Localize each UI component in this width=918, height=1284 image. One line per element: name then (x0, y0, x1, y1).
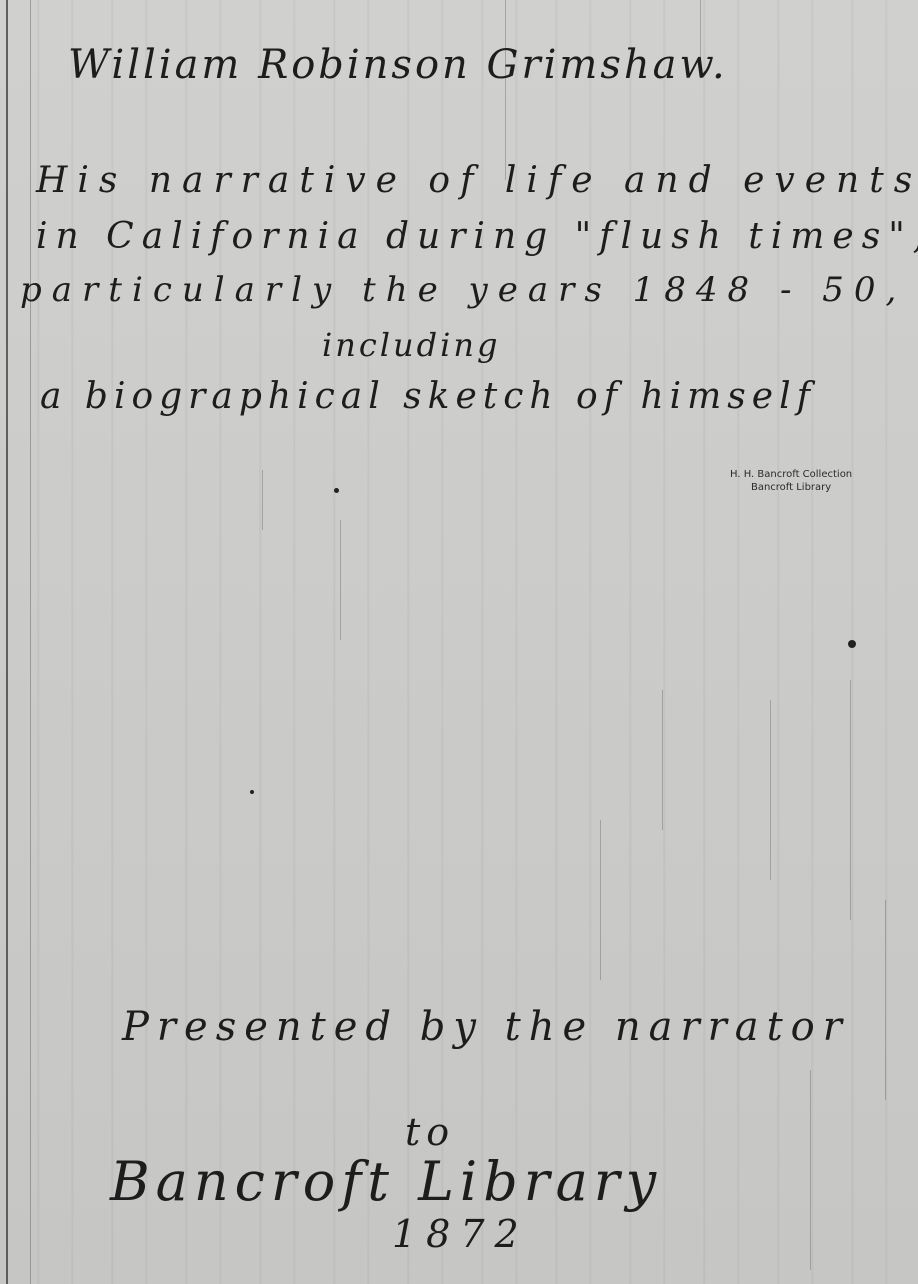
document-title: William Robinson Grimshaw. (68, 42, 728, 88)
presentation-line: Bancroft Library (110, 1150, 662, 1213)
paper-streak (340, 520, 341, 640)
paper-streak (662, 690, 663, 830)
paper-streak (770, 700, 771, 880)
ink-spot (334, 488, 339, 493)
description-line: in California during "flush times", (36, 216, 918, 257)
description-line: a biographical sketch of himself (40, 376, 816, 417)
description-line: His narrative of life and events (36, 160, 918, 201)
ink-spot (250, 790, 254, 794)
description-line: particularly the years 1848 - 50, (20, 270, 906, 310)
paper-streak (885, 900, 886, 1100)
description-line: including (322, 326, 500, 364)
page-edge-line (30, 0, 31, 1284)
presentation-line: to (405, 1110, 455, 1154)
page-edge-line (6, 0, 8, 1284)
paper-streak (810, 1070, 811, 1270)
stamp-line: H. H. Bancroft Collection (730, 468, 852, 481)
ink-spot (848, 640, 856, 648)
presentation-line: Presented by the narrator (122, 1004, 850, 1050)
library-stamp: H. H. Bancroft Collection Bancroft Libra… (730, 468, 852, 494)
presentation-year: 1872 (392, 1212, 529, 1256)
paper-streak (262, 470, 263, 530)
paper-streak (850, 680, 851, 920)
manuscript-page: William Robinson Grimshaw. His narrative… (0, 0, 918, 1284)
paper-streak (505, 0, 506, 180)
paper-streak (600, 820, 601, 980)
stamp-line: Bancroft Library (730, 481, 852, 494)
